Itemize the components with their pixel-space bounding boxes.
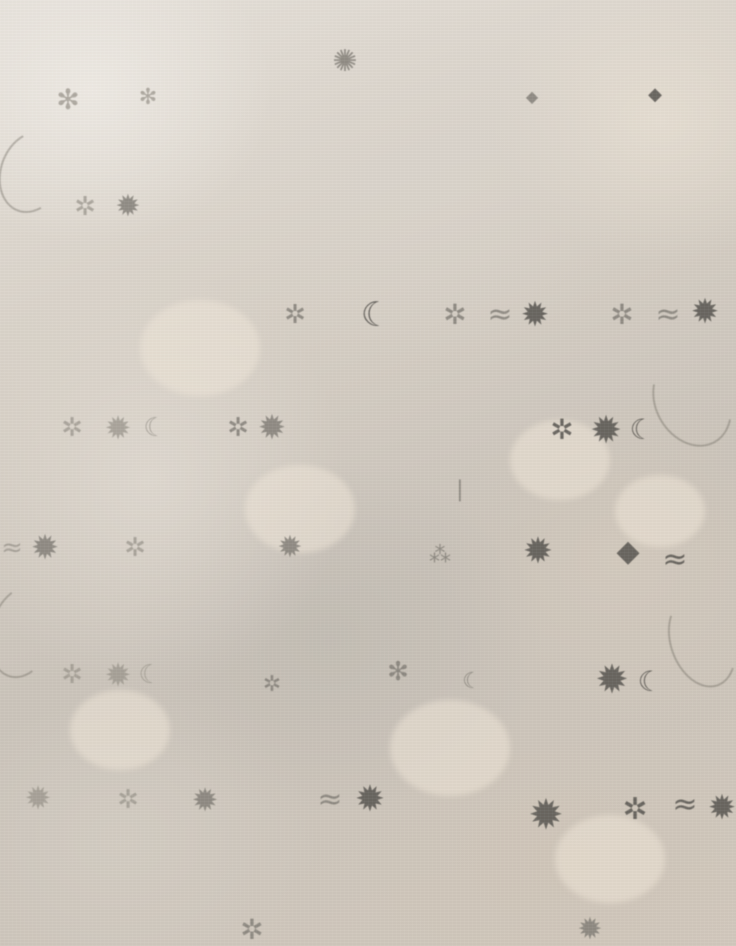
floral-motif-icon: ✻ [139,87,157,109]
floral-motif-icon: ✹ [577,915,602,945]
floral-motif-icon: ≈ [672,790,697,820]
floral-motif-icon: ✲ [61,415,83,441]
floral-motif-icon: ✹ [355,782,385,818]
floral-motif-icon: ✹ [523,534,553,570]
floral-motif-icon: ☾ [462,671,482,693]
floral-motif-icon: ✹ [25,782,52,814]
floral-motif-icon: ≈ [655,300,680,330]
floral-motif-icon: ✹ [105,659,132,691]
floral-motif-icon: ◆ [648,86,662,104]
floral-motif-icon: ✲ [550,416,573,444]
floral-motif-icon: ✹ [590,411,622,449]
vine-outline [0,578,65,685]
floral-motif-icon: ☾ [637,668,662,696]
floral-motif-icon: ✹ [277,533,302,563]
floral-motif-icon: ✹ [115,192,140,222]
floral-motif-icon: ✲ [61,662,83,688]
floral-motif-icon: ✲ [443,301,466,329]
floral-motif-icon: ✹ [521,298,550,332]
floral-motif-icon: ❘ [451,479,469,501]
floral-motif-icon: ◆ [526,89,538,105]
floral-motif-icon: ✹ [192,784,219,816]
floral-motif-icon: ☾ [138,662,161,688]
floral-motif-icon: ≈ [487,300,512,330]
floral-motif-icon: ✲ [117,787,139,813]
floral-motif-icon: ✺ [332,47,357,77]
floral-motif-icon: ✹ [258,411,287,445]
floral-motif-icon: ✲ [227,415,249,441]
floral-motif-icon: ✹ [31,531,60,565]
floral-motif-icon: ✲ [622,795,647,825]
floral-motif-icon: ✲ [610,301,633,329]
floral-motif-icon: ≈ [1,535,23,561]
floral-motif-icon: ☾ [361,298,391,332]
floral-motif-icon: ✻ [387,659,409,685]
floral-motif-icon: ✲ [74,194,96,220]
floral-motif-icon: ⁂ [429,545,451,567]
floral-motif-icon: ✹ [708,791,736,825]
wear-highlight [140,300,260,396]
floral-motif-icon: ◆ [616,537,639,567]
floral-motif-icon: ✲ [263,674,281,696]
floral-motif-icon: ✲ [284,302,306,328]
floral-motif-icon: ✹ [691,295,720,329]
floral-motif-icon: ✲ [240,916,263,944]
wear-highlight [390,700,510,796]
vine-outline [656,587,736,697]
floral-motif-icon: ☾ [143,415,166,441]
rug-photo: ✺◆◆✻✻✲✹✲☾✲≈✹✲≈✹✲✹☾✲✹✲✹☾❘✹≈✲✹⁂✹◆≈✲✹☾✲✻☾✹☾… [0,0,736,946]
floral-motif-icon: ✹ [595,660,629,700]
floral-motif-icon: ≈ [317,785,342,815]
vine-outline [0,122,76,223]
floral-motif-icon: ✹ [105,412,132,444]
floral-motif-icon: ☾ [629,416,654,444]
floral-motif-icon: ✻ [56,86,79,114]
wear-highlight [555,815,665,903]
wear-highlight [70,690,170,770]
floral-motif-icon: ✹ [528,794,563,836]
floral-motif-icon: ≈ [662,545,687,575]
floral-motif-icon: ✲ [124,535,146,561]
